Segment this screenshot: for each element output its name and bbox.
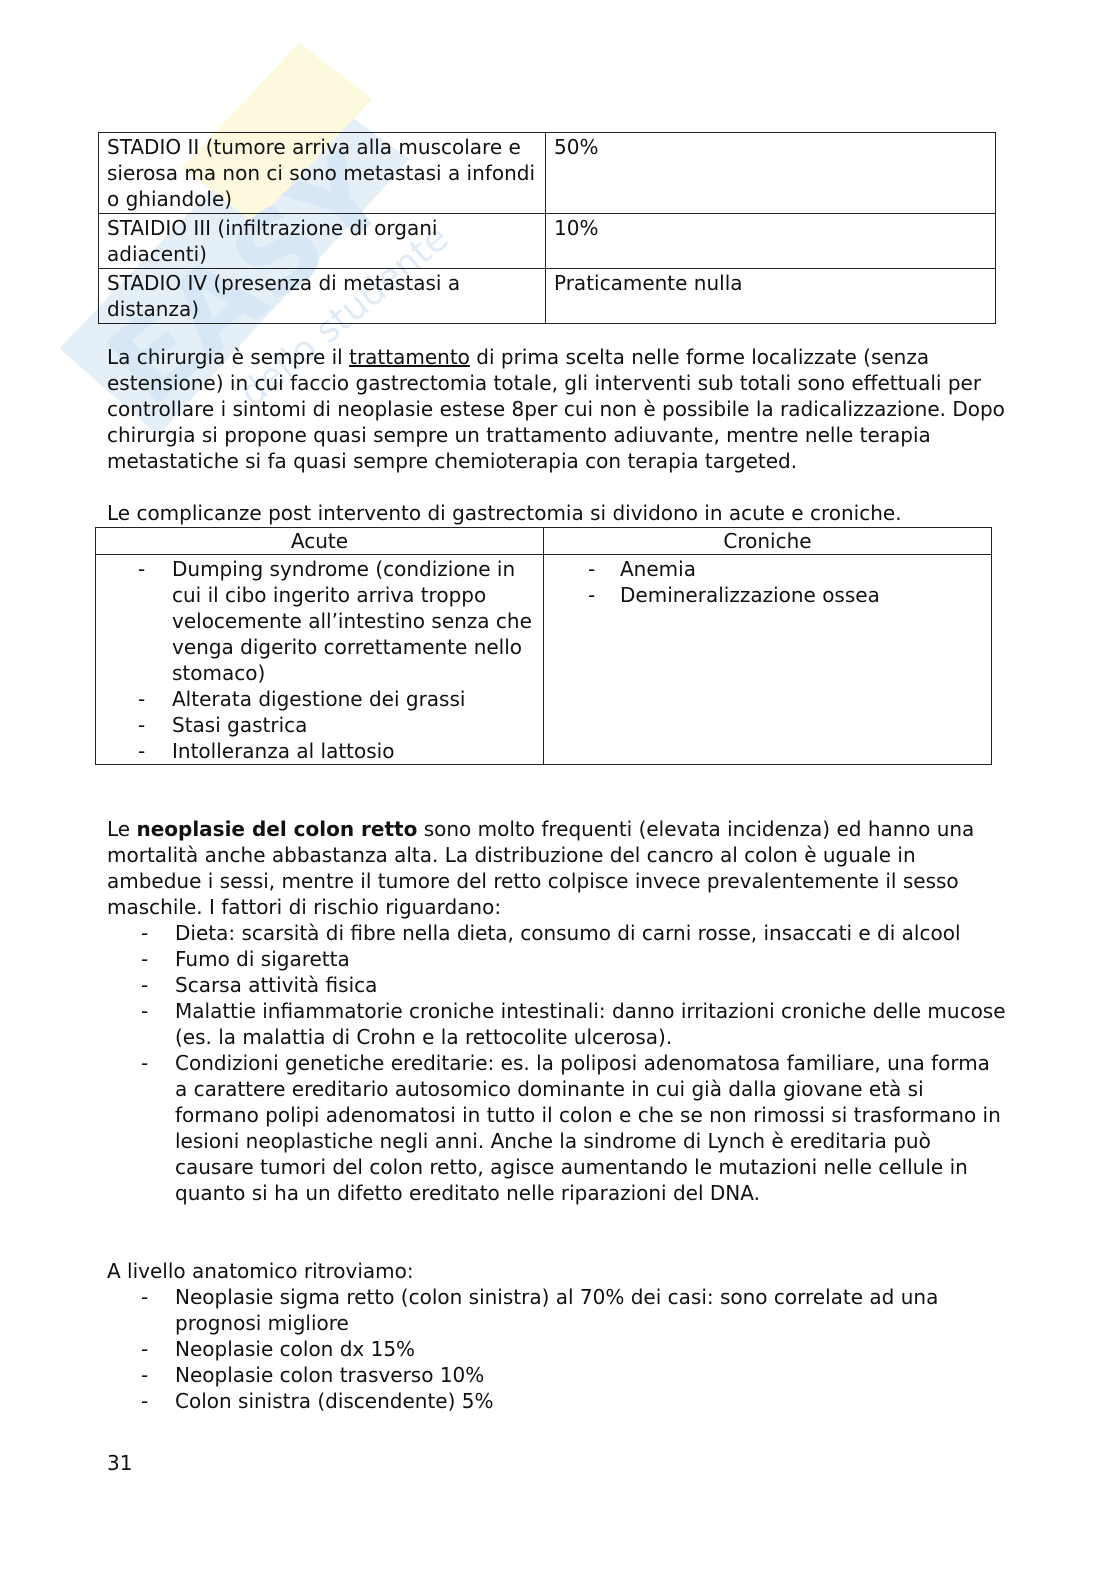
table-row: STAIDIO III (infiltrazione di organi adi… [99, 214, 996, 269]
acute-list: Dumping syndrome (condizione in cui il c… [104, 556, 535, 764]
colorectal-paragraph: Le neoplasie del colon retto sono molto … [107, 816, 1007, 920]
list-item: Dieta: scarsità di fibre nella dieta, co… [107, 920, 1007, 946]
list-item: Dumping syndrome (condizione in cui il c… [104, 556, 535, 686]
staging-table: STADIO II (tumore arriva alla muscolare … [98, 132, 996, 324]
list-item: Condizioni genetiche ereditarie: es. la … [107, 1050, 1007, 1206]
table-row: Dumping syndrome (condizione in cui il c… [96, 555, 992, 765]
list-item: Demineralizzazione ossea [552, 582, 983, 608]
document-page: STADIO II (tumore arriva alla muscolare … [0, 0, 1116, 1579]
list-item: Neoplasie colon trasverso 10% [107, 1362, 1007, 1388]
text-run: La chirurgia è sempre il [107, 345, 349, 369]
survival-cell: 10% [546, 214, 996, 269]
underlined-term: trattamento [349, 345, 470, 369]
croniche-cell: Anemia Demineralizzazione ossea [544, 555, 992, 765]
list-item: Stasi gastrica [104, 712, 535, 738]
list-item: Alterata digestione dei grassi [104, 686, 535, 712]
stage-cell: STAIDIO III (infiltrazione di organi adi… [99, 214, 546, 269]
list-item: Neoplasie colon dx 15% [107, 1336, 1007, 1362]
survival-cell: 50% [546, 133, 996, 214]
list-item: Malattie infiammatorie croniche intestin… [107, 998, 1007, 1050]
complications-table: Acute Croniche Dumping syndrome (condizi… [95, 527, 992, 765]
surgery-paragraph: La chirurgia è sempre il trattamento di … [107, 344, 1007, 474]
stage-cell: STADIO IV (presenza di metastasi a dista… [99, 269, 546, 324]
list-item: Fumo di sigaretta [107, 946, 1007, 972]
page-number: 31 [107, 1450, 132, 1476]
list-item: Neoplasie sigma retto (colon sinistra) a… [107, 1284, 1007, 1336]
header-croniche: Croniche [544, 528, 992, 555]
anatomic-intro: A livello anatomico ritroviamo: [107, 1258, 1007, 1284]
acute-cell: Dumping syndrome (condizione in cui il c… [96, 555, 544, 765]
bold-term: neoplasie del colon retto [136, 817, 417, 841]
survival-cell: Praticamente nulla [546, 269, 996, 324]
risk-factors-list: Dieta: scarsità di fibre nella dieta, co… [107, 920, 1007, 1206]
complications-intro: Le complicanze post intervento di gastre… [107, 500, 1007, 526]
text-run: Le [107, 817, 136, 841]
anatomic-list: Neoplasie sigma retto (colon sinistra) a… [107, 1284, 1007, 1414]
stage-cell: STADIO II (tumore arriva alla muscolare … [99, 133, 546, 214]
list-item: Colon sinistra (discendente) 5% [107, 1388, 1007, 1414]
list-item: Scarsa attività fisica [107, 972, 1007, 998]
list-item: Intolleranza al lattosio [104, 738, 535, 764]
list-item: Anemia [552, 556, 983, 582]
table-row: STADIO IV (presenza di metastasi a dista… [99, 269, 996, 324]
table-header-row: Acute Croniche [96, 528, 992, 555]
header-acute: Acute [96, 528, 544, 555]
croniche-list: Anemia Demineralizzazione ossea [552, 556, 983, 608]
table-row: STADIO II (tumore arriva alla muscolare … [99, 133, 996, 214]
